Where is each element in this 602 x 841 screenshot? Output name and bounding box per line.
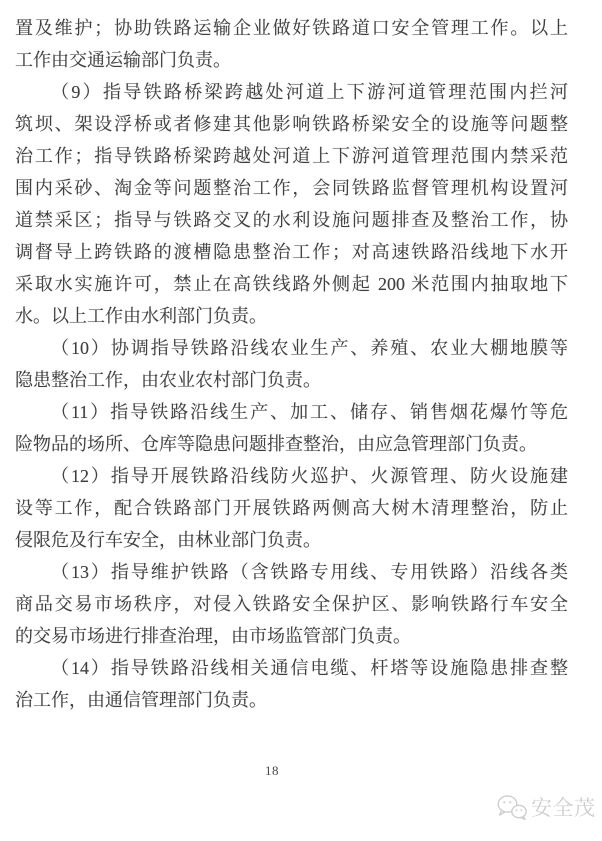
text-line: 治工作；指导铁路桥梁跨越处河道上下游河道管理范围内禁采范 [15, 140, 568, 172]
text-line: 调督导上跨铁路的渡槽隐患整治工作；对高速铁路沿线地下水开 [15, 236, 568, 268]
text-line: 治工作，由通信管理部门负责。 [15, 684, 568, 716]
wechat-icon [496, 793, 528, 823]
watermark-brand: 安全茂 [531, 793, 596, 823]
text-line: 工作由交通运输部门负责。 [15, 44, 568, 76]
text-line: （13）指导维护铁路（含铁路专用线、专用铁路）沿线各类 [15, 556, 568, 588]
text-line: （11）指导铁路沿线生产、加工、储存、销售烟花爆竹等危 [15, 396, 568, 428]
text-line: 置及维护；协助铁路运输企业做好铁路道口安全管理工作。以上 [15, 12, 568, 44]
text-line: 水。以上工作由水利部门负责。 [15, 300, 568, 332]
text-line: （12）指导开展铁路沿线防火巡护、火源管理、防火设施建 [15, 460, 568, 492]
document-page: 置及维护；协助铁路运输企业做好铁路道口安全管理工作。以上工作由交通运输部门负责。… [0, 0, 602, 841]
text-line: 设等工作，配合铁路部门开展铁路两侧高大树木清理整治，防止 [15, 492, 568, 524]
text-line: （9）指导铁路桥梁跨越处河道上下游河道管理范围内拦河 [15, 76, 568, 108]
watermark: 安全茂 [496, 793, 596, 823]
text-line: 险物品的场所、仓库等隐患问题排查整治，由应急管理部门负责。 [15, 428, 568, 460]
text-line: （10）协调指导铁路沿线农业生产、养殖、农业大棚地膜等 [15, 332, 568, 364]
text-line: 侵限危及行车安全，由林业部门负责。 [15, 524, 568, 556]
page-number: 18 [252, 763, 292, 779]
text-line: 的交易市场进行排查治理，由市场监管部门负责。 [15, 620, 568, 652]
text-line: 商品交易市场秩序，对侵入铁路安全保护区、影响铁路行车安全 [15, 588, 568, 620]
document-body: 置及维护；协助铁路运输企业做好铁路道口安全管理工作。以上工作由交通运输部门负责。… [15, 12, 568, 716]
text-line: 隐患整治工作，由农业农村部门负责。 [15, 364, 568, 396]
text-line: 道禁采区；指导与铁路交叉的水利设施问题排查及整治工作，协 [15, 204, 568, 236]
text-line: 采取水实施许可，禁止在高铁线路外侧起 200 米范围内抽取地下 [15, 268, 568, 300]
text-line: （14）指导铁路沿线相关通信电缆、杆塔等设施隐患排查整 [15, 652, 568, 684]
text-line: 围内采砂、淘金等问题整治工作，会同铁路监督管理机构设置河 [15, 172, 568, 204]
text-line: 筑坝、架设浮桥或者修建其他影响铁路桥梁安全的设施等问题整 [15, 108, 568, 140]
